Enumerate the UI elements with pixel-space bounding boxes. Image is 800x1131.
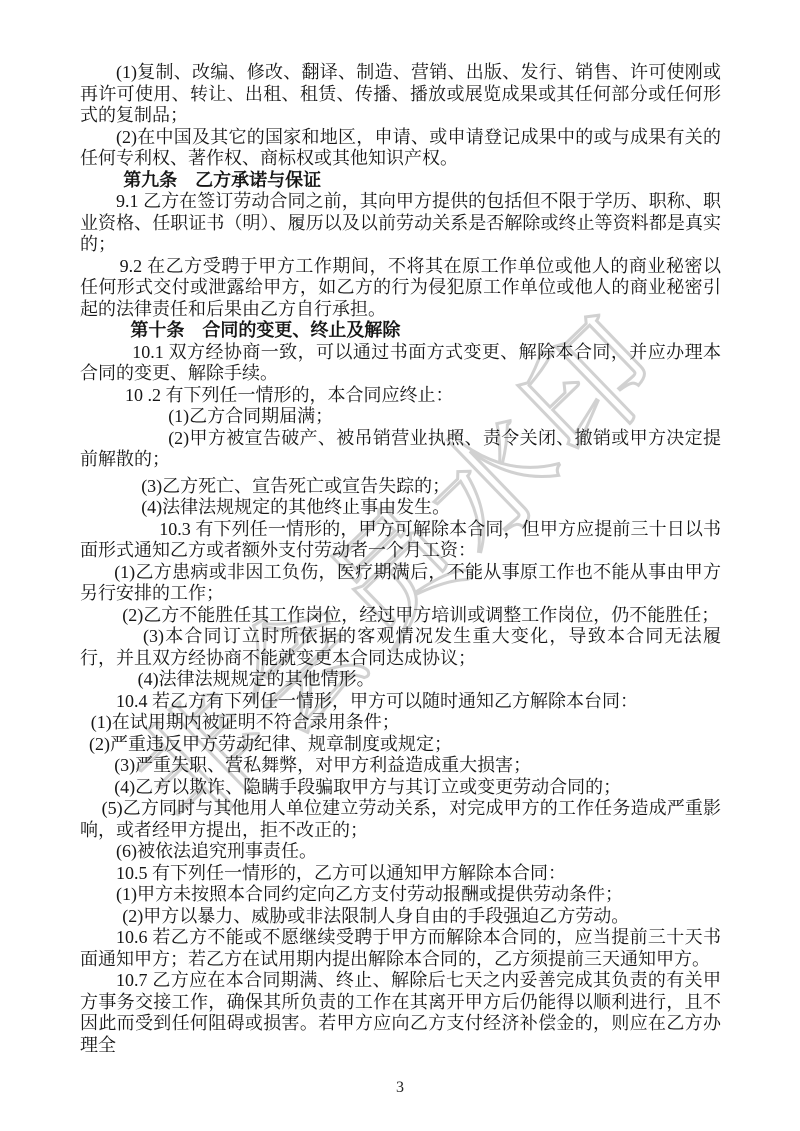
paragraph: (2)甲方被宣告破产、被吊销营业执照、责令关闭、撤销或甲方决定提前解散的；	[80, 428, 721, 471]
document-page: 非会员水印 (1)复制、改编、修改、翻译、制造、营销、出版、发行、销售、许可使刚…	[0, 0, 800, 1131]
paragraph: (1)甲方未按照本合同约定向乙方支付劳动报酬或提供劳动条件；	[80, 884, 721, 906]
section-heading: 第十条 合同的变更、终止及解除	[80, 320, 721, 342]
contract-text-body: (1)复制、改编、修改、翻译、制造、营销、出版、发行、销售、许可使刚或再许可使用…	[80, 62, 721, 1056]
paragraph: (4)法律法规规定的其他情形。	[80, 669, 721, 691]
paragraph: (1)乙方合同期届满；	[80, 406, 721, 428]
paragraph: 10.3 有下列任一情形的，甲方可解除本合同，但甲方应提前三十日以书面形式通知乙…	[80, 519, 721, 562]
paragraph: (3)乙方死亡、宣告死亡或宣告失踪的；	[80, 476, 721, 498]
paragraph: (2)严重违反甲方劳动纪律、规章制度或规定；	[80, 734, 721, 756]
paragraph: (1)复制、改编、修改、翻译、制造、营销、出版、发行、销售、许可使刚或再许可使用…	[80, 62, 721, 127]
paragraph: 10.6 若乙方不能或不愿继续受聘于甲方而解除本合同的，应当提前三十天书面通知甲…	[80, 927, 721, 970]
paragraph: (5)乙方同时与其他用人单位建立劳动关系，对完成甲方的工作任务造成严重影响，或者…	[80, 798, 721, 841]
paragraph: 9.1 乙方在签订劳动合同之前，其向甲方提供的包括但不限于学历、职称、职业资格、…	[80, 191, 721, 256]
paragraph: 10.7 乙方应在本合同期满、终止、解除后七天之内妥善完成其负责的有关甲方事务交…	[80, 970, 721, 1056]
paragraph: (4)乙方以欺诈、隐瞒手段骗取甲方与其订立或变更劳动合同的；	[80, 777, 721, 799]
paragraph: (3)严重失职、营私舞弊，对甲方利益造成重大损害；	[80, 755, 721, 777]
paragraph: (4)法律法规规定的其他终止事由发生。	[80, 497, 721, 519]
paragraph: 10.5 有下列任一情形的，乙方可以通知甲方解除本合同：	[80, 863, 721, 885]
paragraph: (2)甲方以暴力、威胁或非法限制人身自由的手段强迫乙方劳动。	[80, 906, 721, 928]
paragraph: (1)乙方患病或非因工负伤，医疗期满后，不能从事原工作也不能从事由甲方另行安排的…	[80, 562, 721, 605]
paragraph: (3)本合同订立时所依据的客观情况发生重大变化，导致本合同无法履行，并且双方经协…	[80, 626, 721, 669]
paragraph: (2)乙方不能胜任其工作岗位，经过甲方培训或调整工作岗位，仍不能胜任；	[80, 605, 721, 627]
paragraph: (1)在试用期内被证明不符合录用条件；	[80, 712, 721, 734]
paragraph: (2)在中国及其它的国家和地区，申请、或申请登记成果中的或与成果有关的任何专利权…	[80, 127, 721, 170]
paragraph: 9.2 在乙方受聘于甲方工作期间，不将其在原工作单位或他人的商业秘密以任何形式交…	[80, 256, 721, 321]
paragraph: 10 .2 有下列任一情形的，本合同应终止：	[80, 385, 721, 407]
section-heading: 第九条 乙方承诺与保证	[80, 170, 721, 192]
paragraph: (6)被依法追究刑事责任。	[80, 841, 721, 863]
paragraph: 10.4 若乙方有下列任一情形，甲方可以随时通知乙方解除本台同：	[80, 691, 721, 713]
paragraph: 10.1 双方经协商一致，可以通过书面方式变更、解除本合同，并应办理本合同的变更…	[80, 342, 721, 385]
page-number: 3	[0, 1079, 800, 1097]
